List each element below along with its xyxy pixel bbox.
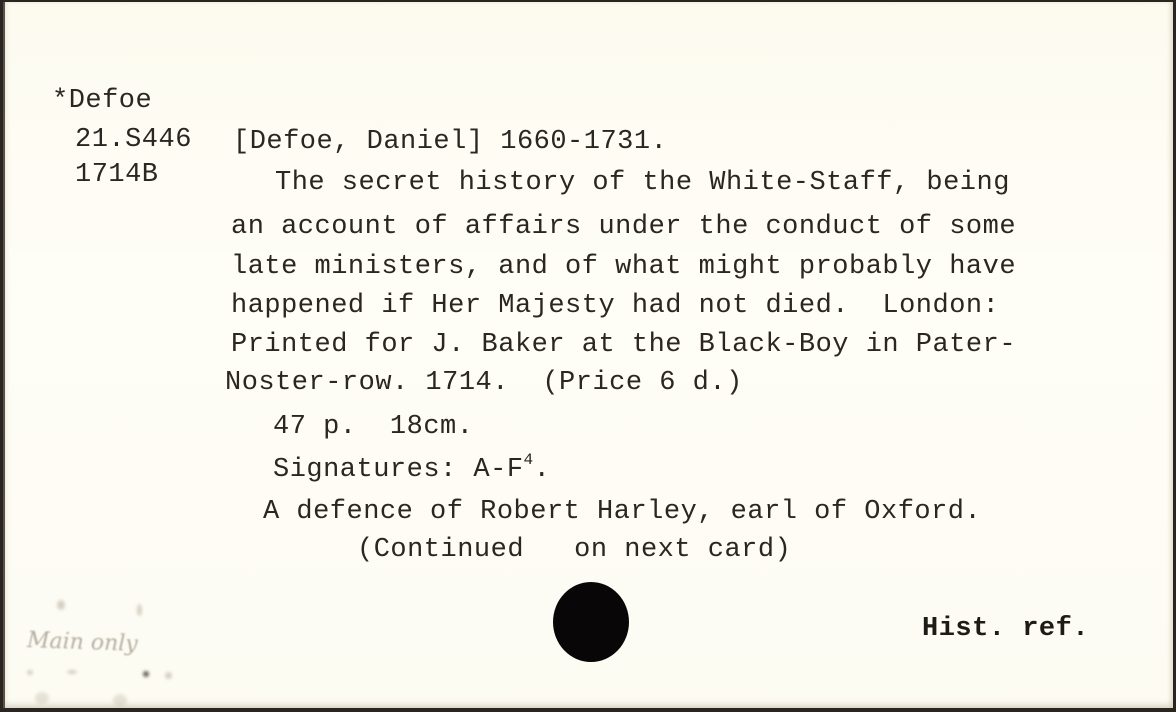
smudge-mark <box>113 694 127 706</box>
smudge-mark <box>27 670 33 675</box>
title-line-3: late ministers, and of what might probab… <box>231 254 1016 281</box>
punch-hole <box>553 582 629 662</box>
title-line-1: The secret history of the White-Staff, b… <box>275 170 1010 197</box>
title-line-4: happened if Her Majesty had not died. Lo… <box>231 293 999 320</box>
title-line-6: Noster-row. 1714. (Price 6 d.) <box>225 370 743 397</box>
signatures-superscript: 4 <box>524 451 534 469</box>
signatures-end: . <box>534 455 551 485</box>
smudge-mark <box>57 600 65 610</box>
subject-tag: Hist. ref. <box>922 616 1089 643</box>
signatures-label: Signatures: A-F <box>273 455 524 485</box>
collation: 47 p. 18cm. <box>273 414 473 441</box>
general-note: A defence of Robert Harley, earl of Oxfo… <box>263 499 981 526</box>
continued-note: (Continued on next card) <box>357 537 791 564</box>
smudge-mark <box>143 671 149 677</box>
author-heading: [Defoe, Daniel] 1660-1731. <box>233 129 667 156</box>
call-number-line-1: 21.S446 <box>75 127 192 154</box>
handwritten-note: Main only <box>27 628 139 657</box>
smudge-mark <box>137 604 142 616</box>
title-line-5: Printed for J. Baker at the Black-Boy in… <box>231 332 1016 359</box>
smudge-mark <box>35 692 49 704</box>
signatures: Signatures: A-F4. <box>273 452 550 484</box>
title-line-2: an account of affairs under the conduct … <box>231 214 1016 241</box>
main-entry: *Defoe <box>52 88 152 115</box>
call-number-line-2: 1714B <box>75 162 159 189</box>
catalog-card: *Defoe 21.S446 1714B [Defoe, Daniel] 166… <box>3 2 1173 708</box>
smudge-mark <box>165 672 172 679</box>
smudge-mark <box>67 670 77 674</box>
